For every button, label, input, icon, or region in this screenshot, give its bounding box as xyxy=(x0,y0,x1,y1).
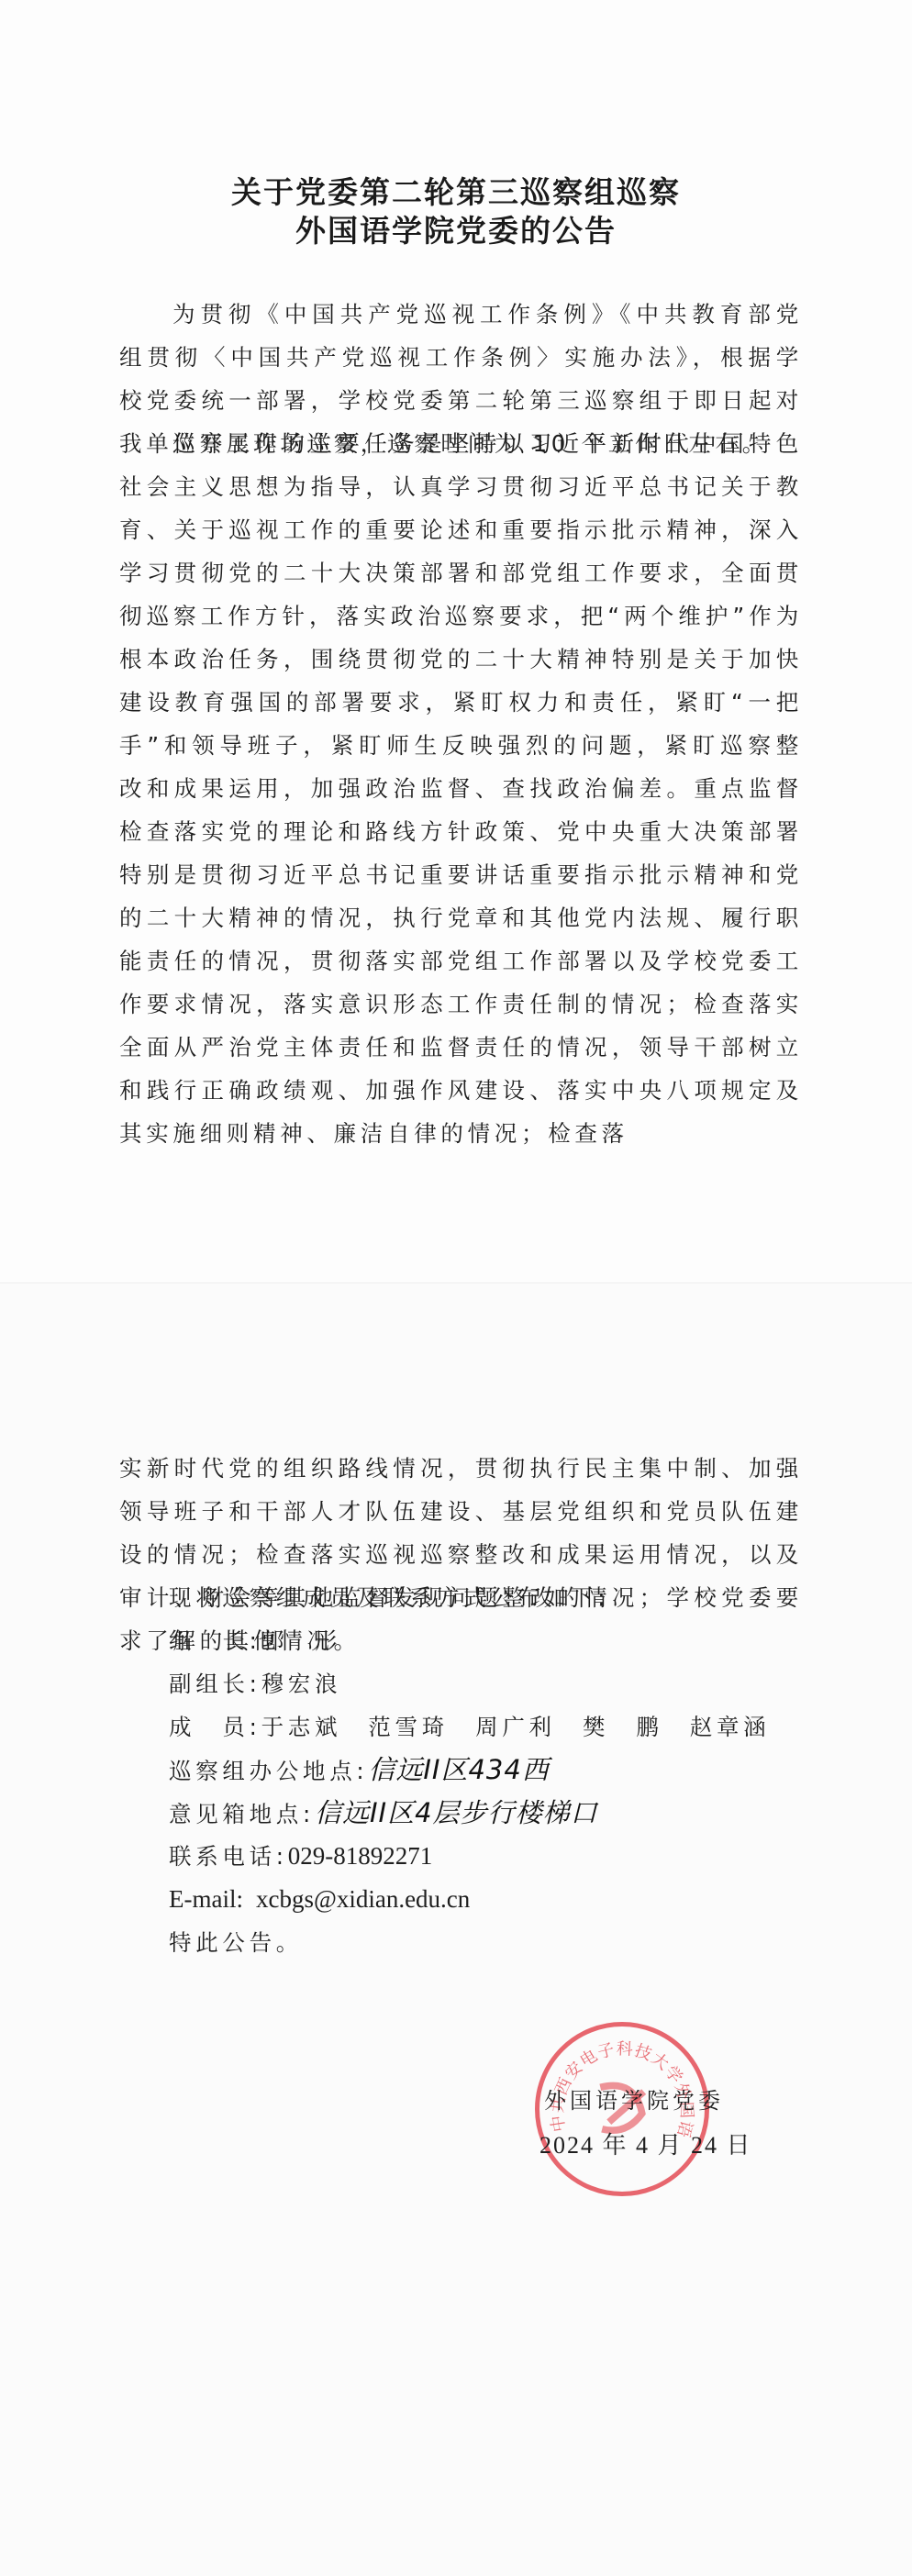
paragraph-main-tasks: 巡察工作的主要任务是坚持以习近平新时代中国特色社会主义思想为指导，认真学习贯彻习… xyxy=(119,422,803,1155)
deputy-row: 副组长:穆宏浪 xyxy=(169,1662,341,1705)
members-list: 于志斌 范雪琦 周广利 樊 鹏 赵章涵 xyxy=(261,1714,771,1740)
deputy-name: 穆宏浪 xyxy=(261,1671,342,1697)
phone-label: 联系电话: xyxy=(169,1843,288,1870)
closing-line: 特此公告。 xyxy=(169,1921,303,1964)
email-value: xcbgs@xidian.edu.cn xyxy=(256,1885,470,1913)
deputy-label: 副组长: xyxy=(169,1671,261,1697)
office-label: 巡察组办公地点: xyxy=(169,1758,368,1784)
email-row: E-mail:xcbgs@xidian.edu.cn xyxy=(169,1878,470,1921)
leader-name: 郭 彤 xyxy=(261,1627,342,1654)
mailbox-label: 意见箱地点: xyxy=(169,1801,315,1827)
email-label: E-mail: xyxy=(169,1885,243,1913)
office-value-handwritten: 信远II区434西 xyxy=(368,1754,549,1785)
phone-value: 029-81892271 xyxy=(288,1842,433,1870)
mailbox-value-handwritten: 信远II区4层步行楼梯口 xyxy=(315,1797,598,1828)
mailbox-row: 意见箱地点:信远II区4层步行楼梯口 xyxy=(169,1792,598,1836)
leader-row: 组 长:郭 彤 xyxy=(169,1619,341,1662)
signature-organization: 外国语学院党委 xyxy=(544,2082,724,2115)
office-row: 巡察组办公地点:信远II区434西 xyxy=(169,1749,550,1793)
members-row: 成 员:于志斌 范雪琦 周广利 樊 鹏 赵章涵 xyxy=(169,1705,770,1749)
contact-intro-line: 现将巡察组成员及联系方式公布如下: xyxy=(169,1576,609,1619)
members-label: 成 员: xyxy=(169,1714,261,1740)
phone-row: 联系电话:029-81892271 xyxy=(169,1835,432,1878)
document-title-line-1: 关于党委第二轮第三巡察组巡察 xyxy=(0,169,912,212)
leader-label: 组 长: xyxy=(169,1627,261,1654)
document-title-line-2: 外国语学院党委的公告 xyxy=(0,207,912,250)
signature-date: 2024 年 4 月 24 日 xyxy=(539,2126,752,2160)
